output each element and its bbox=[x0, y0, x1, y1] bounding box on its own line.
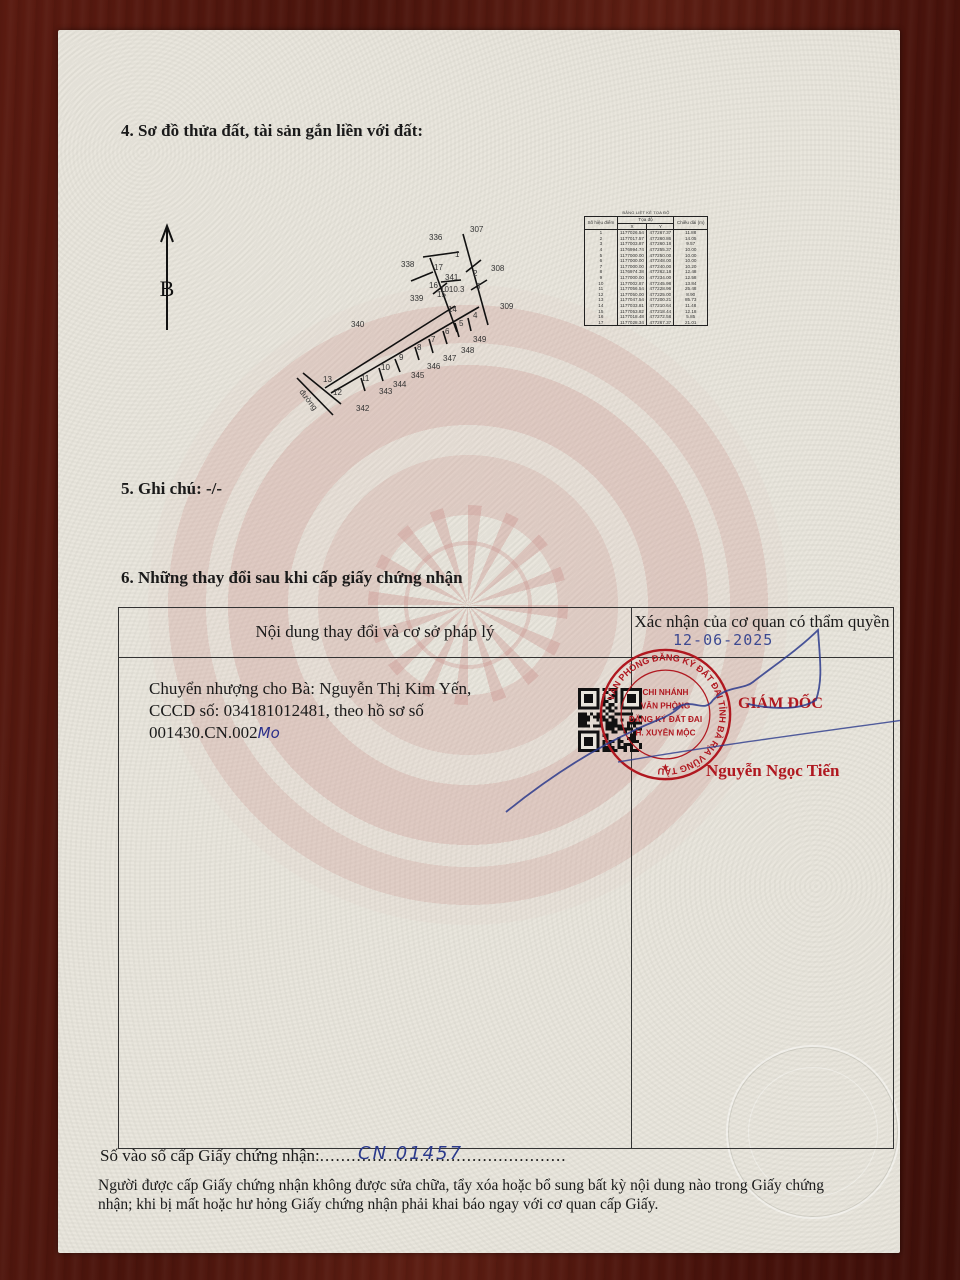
section-6-heading: 6. Những thay đổi sau khi cấp giấy chứng… bbox=[121, 568, 463, 588]
svg-text:307: 307 bbox=[470, 225, 484, 234]
registry-number-line: Số vào sổ cấp Giấy chứng nhận:..........… bbox=[100, 1146, 567, 1166]
svg-text:1: 1 bbox=[455, 250, 460, 259]
change-line-3: 001430.CN.002Mo bbox=[149, 722, 499, 744]
change-content-header: Nội dung thay đổi và cơ sở pháp lý bbox=[119, 622, 631, 642]
svg-text:345: 345 bbox=[411, 371, 425, 380]
coordinate-row: 171177028.34477267.3721.01 bbox=[585, 320, 708, 326]
change-content: Chuyển nhượng cho Bà: Nguyễn Thị Kim Yến… bbox=[149, 678, 499, 744]
svg-text:ĐĂNG KÝ ĐẤT ĐAI: ĐĂNG KÝ ĐẤT ĐAI bbox=[629, 713, 702, 724]
svg-text:342: 342 bbox=[356, 404, 370, 413]
col-x: X bbox=[617, 223, 647, 230]
svg-text:đường: đường bbox=[297, 388, 319, 412]
registry-number: CN 01457 bbox=[358, 1143, 463, 1164]
svg-text:7: 7 bbox=[431, 335, 436, 344]
svg-text:347: 347 bbox=[443, 354, 457, 363]
svg-text:309: 309 bbox=[500, 302, 514, 311]
svg-text:12: 12 bbox=[333, 388, 342, 397]
section-4-heading: 4. Sơ đồ thửa đất, tài sản gắn liền với … bbox=[121, 121, 423, 141]
north-arrow-icon: B bbox=[157, 222, 177, 332]
svg-text:CHI NHÁNH: CHI NHÁNH bbox=[643, 687, 689, 697]
changes-table: Nội dung thay đổi và cơ sở pháp lý Xác n… bbox=[118, 607, 894, 1149]
svg-text:VĂN PHÒNG: VĂN PHÒNG bbox=[641, 700, 691, 711]
svg-text:336: 336 bbox=[429, 233, 443, 242]
change-line-1: Chuyển nhượng cho Bà: Nguyễn Thị Kim Yến… bbox=[149, 678, 499, 700]
col-y: Y bbox=[647, 223, 674, 230]
col-length: Chiều dài (m) bbox=[674, 217, 708, 230]
svg-text:339: 339 bbox=[410, 294, 424, 303]
land-certificate-page: 4. Sơ đồ thửa đất, tài sản gắn liền với … bbox=[58, 30, 900, 1253]
svg-text:★: ★ bbox=[661, 762, 670, 773]
col-coordinates: Tọa độ bbox=[617, 217, 674, 224]
svg-text:13: 13 bbox=[323, 375, 332, 384]
svg-text:5: 5 bbox=[459, 319, 464, 328]
coordinate-table: BẢNG LIỆT KÊ TỌA ĐỘ Số hiệu điểm Tọa độ … bbox=[584, 210, 708, 326]
svg-text:343: 343 bbox=[379, 387, 393, 396]
svg-text:308: 308 bbox=[491, 264, 505, 273]
svg-text:H. XUYÊN MỘC: H. XUYÊN MỘC bbox=[635, 727, 695, 738]
coordinate-table-title: BẢNG LIỆT KÊ TỌA ĐỘ bbox=[584, 210, 708, 215]
svg-text:10: 10 bbox=[381, 363, 390, 372]
svg-text:349: 349 bbox=[473, 335, 487, 344]
svg-text:346: 346 bbox=[427, 362, 441, 371]
svg-text:3: 3 bbox=[476, 282, 481, 291]
svg-text:338: 338 bbox=[401, 260, 415, 269]
change-line-2: CCCD số: 034181012481, theo hồ sơ số bbox=[149, 700, 499, 722]
svg-text:16: 16 bbox=[429, 281, 438, 290]
svg-text:2: 2 bbox=[473, 269, 478, 278]
svg-text:1010.3: 1010.3 bbox=[440, 285, 465, 294]
svg-text:6: 6 bbox=[445, 327, 450, 336]
registry-label: Số vào sổ cấp Giấy chứng nhận: bbox=[100, 1146, 320, 1165]
legal-warning: Người được cấp Giấy chứng nhận không đượ… bbox=[98, 1176, 858, 1214]
svg-text:11: 11 bbox=[361, 374, 370, 383]
authority-confirmation-header: Xác nhận của cơ quan có thẩm quyền bbox=[631, 612, 893, 632]
section-5-notes: 5. Ghi chú: -/- bbox=[121, 479, 222, 499]
svg-text:8: 8 bbox=[417, 343, 422, 352]
handwritten-initials: Mo bbox=[258, 724, 280, 742]
svg-text:340: 340 bbox=[351, 320, 365, 329]
col-point-id: Số hiệu điểm bbox=[585, 217, 618, 230]
svg-text:341: 341 bbox=[445, 273, 459, 282]
svg-text:4: 4 bbox=[473, 311, 478, 320]
header-divider bbox=[119, 657, 893, 658]
dossier-number: 001430.CN.002 bbox=[149, 723, 258, 742]
svg-text:348: 348 bbox=[461, 346, 475, 355]
svg-text:17: 17 bbox=[434, 263, 443, 272]
svg-text:14: 14 bbox=[448, 305, 457, 314]
parcel-diagram: 3073363383083393093403493483473463453443… bbox=[283, 210, 553, 430]
svg-text:9: 9 bbox=[399, 353, 404, 362]
svg-text:B: B bbox=[160, 276, 175, 301]
signer-title: GIÁM ĐỐC bbox=[738, 695, 823, 713]
svg-text:344: 344 bbox=[393, 380, 407, 389]
signer-name: Nguyễn Ngọc Tiến bbox=[706, 761, 840, 781]
